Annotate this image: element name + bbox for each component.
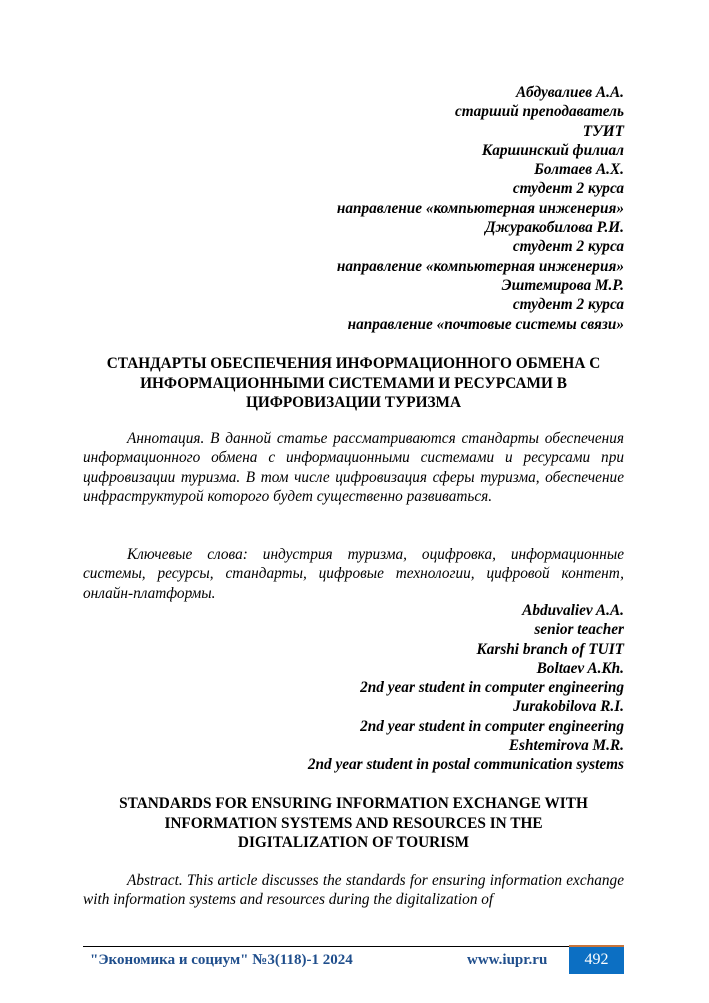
title-line: DIGITALIZATION OF TOURISM bbox=[83, 833, 624, 853]
author-line: Karshi branch of TUIT bbox=[308, 640, 624, 659]
footer-website-link[interactable]: www.iupr.ru bbox=[467, 952, 547, 969]
abstract-en: Abstract. This article discusses the sta… bbox=[83, 871, 624, 910]
author-line: направление «почтовые системы связи» bbox=[337, 315, 624, 334]
author-line: Абдувалиев А.А. bbox=[337, 83, 624, 102]
author-line: Каршинский филиал bbox=[337, 141, 624, 160]
title-line: INFORMATION SYSTEMS AND RESOURCES IN THE bbox=[83, 814, 624, 834]
author-line: Болтаев А.Х. bbox=[337, 160, 624, 179]
author-line: Эштемирова М.Р. bbox=[337, 276, 624, 295]
author-line: Eshtemirova M.R. bbox=[308, 736, 624, 755]
page-number: 492 bbox=[569, 945, 624, 974]
author-line: ТУИТ bbox=[337, 122, 624, 141]
title-line: STANDARDS FOR ENSURING INFORMATION EXCHA… bbox=[83, 794, 624, 814]
author-line: Джуракобилова Р.И. bbox=[337, 218, 624, 237]
footer-journal-name: "Экономика и социум" №3(118)-1 2024 bbox=[90, 952, 353, 969]
author-line: направление «компьютерная инженерия» bbox=[337, 257, 624, 276]
author-line: 2nd year student in postal communication… bbox=[308, 755, 624, 774]
paper-title-ru: СТАНДАРТЫ ОБЕСПЕЧЕНИЯ ИНФОРМАЦИОННОГО ОБ… bbox=[83, 354, 624, 413]
annotation-ru: Аннотация. В данной статье рассматривают… bbox=[83, 429, 624, 507]
author-line: старший преподаватель bbox=[337, 102, 624, 121]
author-line: 2nd year student in computer engineering bbox=[308, 717, 624, 736]
author-line: направление «компьютерная инженерия» bbox=[337, 199, 624, 218]
author-line: Boltaev A.Kh. bbox=[308, 659, 624, 678]
author-line: студент 2 курса bbox=[337, 295, 624, 314]
paper-title-en: STANDARDS FOR ENSURING INFORMATION EXCHA… bbox=[83, 794, 624, 853]
author-line: Jurakobilova R.I. bbox=[308, 697, 624, 716]
author-line: senior teacher bbox=[308, 620, 624, 639]
title-line: ЦИФРОВИЗАЦИИ ТУРИЗМА bbox=[83, 393, 624, 413]
author-block-ru: Абдувалиев А.А. старший преподаватель ТУ… bbox=[337, 83, 624, 334]
keywords-ru: Ключевые слова: индустрия туризма, оцифр… bbox=[83, 545, 624, 603]
author-line: 2nd year student in computer engineering bbox=[308, 678, 624, 697]
title-line: СТАНДАРТЫ ОБЕСПЕЧЕНИЯ ИНФОРМАЦИОННОГО ОБ… bbox=[83, 354, 624, 374]
title-line: ИНФОРМАЦИОННЫМИ СИСТЕМАМИ И РЕСУРСАМИ В bbox=[83, 374, 624, 394]
author-line: студент 2 курса bbox=[337, 237, 624, 256]
footer-divider bbox=[83, 946, 569, 947]
author-line: студент 2 курса bbox=[337, 179, 624, 198]
author-line: Abduvaliev A.A. bbox=[308, 601, 624, 620]
author-block-en: Abduvaliev A.A. senior teacher Karshi br… bbox=[308, 601, 624, 775]
